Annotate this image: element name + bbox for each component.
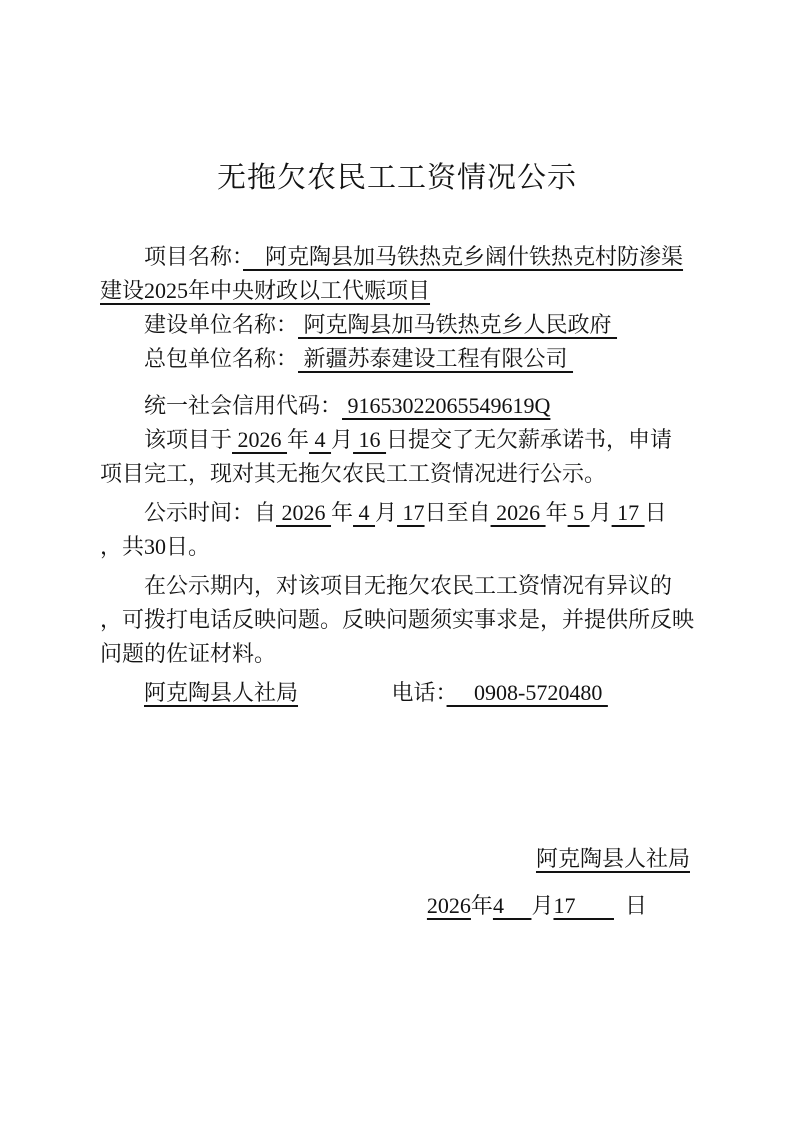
document-content: 无拖欠农民工工资情况公示 项目名称： 阿克陶县加马铁热克乡阔什铁热克村防渗渠建设…: [100, 158, 694, 923]
page-title: 无拖欠农民工工资情况公示: [100, 158, 694, 198]
underlined-field-text: 91653022065549619Q: [342, 393, 550, 418]
underlined-field-text: 新疆苏泰建设工程有限公司: [298, 346, 573, 371]
text-run: 日至自: [425, 500, 491, 525]
underlined-field-text: 17: [553, 893, 614, 918]
underlined-field-text: 建设2025年中央财政以工代赈项目: [100, 278, 430, 303]
underlined-field-text: 2026: [276, 500, 331, 525]
line-contractor-unit: 总包单位名称： 新疆苏泰建设工程有限公司: [100, 342, 694, 376]
line-contact: 阿克陶县人社局 电话： 0908-5720480: [100, 676, 694, 710]
text-run: 年: [546, 500, 568, 525]
underlined-field-text: 4: [493, 893, 532, 918]
underlined-field-text: 17: [612, 500, 645, 525]
underlined-field-text: 16: [353, 427, 386, 452]
underlined-field-text: 2026: [232, 427, 287, 452]
text-run: 建设单位名称：: [144, 312, 298, 337]
text-run: 总包单位名称：: [144, 346, 298, 371]
text-run: 日: [614, 893, 647, 918]
text-run: 日: [645, 500, 667, 525]
text-run: 月: [531, 893, 553, 918]
text-run: 月: [331, 427, 353, 452]
text-run: [298, 680, 392, 705]
text-run: 年: [471, 893, 493, 918]
text-run: 在公示期内，对该项目无拖欠农民工工资情况有异议的: [144, 573, 672, 598]
line-publicity-period-1: 公示时间：自 2026 年 4 月 17日至自 2026 年 5 月 17 日: [100, 496, 694, 530]
text-run: ，可拨打电话反映问题。反映问题须实事求是，并提供所反映: [100, 607, 694, 632]
line-credit-code: 统一社会信用代码： 91653022065549619Q: [100, 389, 694, 423]
text-run: 统一社会信用代码：: [144, 393, 342, 418]
text-run: 年: [331, 500, 353, 525]
line-construction-unit: 建设单位名称： 阿克陶县加马铁热克乡人民政府: [100, 308, 694, 342]
document-page: 无拖欠农民工工资情况公示 项目名称： 阿克陶县加马铁热克乡阔什铁热克村防渗渠建设…: [0, 0, 793, 1122]
text-run: 项目完工，现对其无拖欠农民工工资情况进行公示。: [100, 461, 606, 486]
text-run: 项目名称：: [144, 244, 243, 269]
line-commitment-1: 该项目于 2026 年 4 月 16 日提交了无欠薪承诺书，申请: [100, 423, 694, 457]
document-body: 项目名称： 阿克陶县加马铁热克乡阔什铁热克村防渗渠建设2025年中央财政以工代赈…: [100, 240, 694, 923]
text-run: 公示时间：自: [144, 500, 276, 525]
line-publicity-period-2: ，共30日。: [100, 530, 694, 564]
line-signature-date: 2026年4 月17 日: [100, 889, 694, 923]
underlined-field-text: 4: [353, 500, 375, 525]
text-run: 日提交了无欠薪承诺书，申请: [386, 427, 672, 452]
line-project-name-1: 项目名称： 阿克陶县加马铁热克乡阔什铁热克村防渗渠: [100, 240, 694, 274]
underlined-field-text: 5: [568, 500, 590, 525]
underlined-field-text: 阿克陶县人社局: [536, 846, 690, 871]
underlined-field-text: 2026: [491, 500, 546, 525]
text-run: 年: [287, 427, 309, 452]
line-commitment-2: 项目完工，现对其无拖欠农民工工资情况进行公示。: [100, 457, 694, 491]
line-signature-org: 阿克陶县人社局: [100, 842, 694, 876]
line-objection-1: 在公示期内，对该项目无拖欠农民工工资情况有异议的: [100, 569, 694, 603]
text-run: 月: [590, 500, 612, 525]
text-run: 电话：: [392, 680, 447, 705]
line-objection-3: 问题的佐证材料。: [100, 637, 694, 671]
underlined-field-text: 0908-5720480: [447, 680, 608, 705]
text-run: 该项目于: [144, 427, 232, 452]
underlined-field-text: 4: [309, 427, 331, 452]
line-project-name-2: 建设2025年中央财政以工代赈项目: [100, 274, 694, 308]
text-run: ，共30日。: [100, 534, 210, 559]
underlined-field-text: 阿克陶县人社局: [144, 680, 298, 705]
line-objection-2: ，可拨打电话反映问题。反映问题须实事求是，并提供所反映: [100, 603, 694, 637]
underlined-field-text: 17: [397, 500, 425, 525]
underlined-field-text: 阿克陶县加马铁热克乡人民政府: [298, 312, 617, 337]
text-run: 月: [375, 500, 397, 525]
underlined-field-text: 2026: [427, 893, 471, 918]
text-run: 问题的佐证材料。: [100, 641, 276, 666]
underlined-field-text: 阿克陶县加马铁热克乡阔什铁热克村防渗渠: [243, 244, 683, 269]
